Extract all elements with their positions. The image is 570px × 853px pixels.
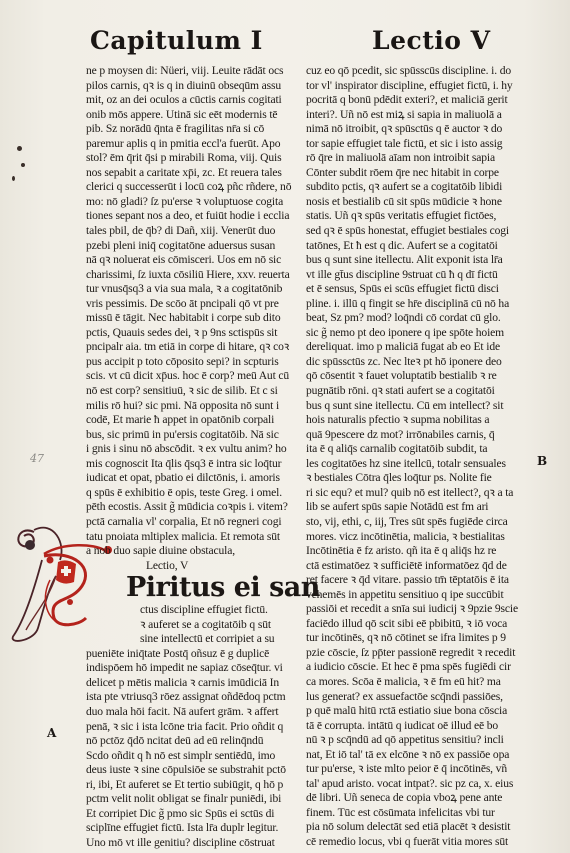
text-line: bus q sunt sine itellectu. Cū em intelle… — [306, 399, 526, 414]
text-line: et ē sensus, Spūs ei scūs effugiet fictū… — [306, 282, 526, 297]
text-line: tal' apud aristo. vocat intpat?. sic pz … — [306, 777, 526, 792]
section-title: Lectio, V — [86, 559, 298, 574]
text-line: cuz eo qō pcedit, sic spūsscūs disciplin… — [306, 64, 526, 79]
text-line: sto, vij, ethi, c, iij, Tres sūt spēs fu… — [306, 515, 526, 530]
text-line: mit, oz an dei oculos a cūctis carnis co… — [86, 93, 298, 108]
text-line: nosis et bestialib cū sit spūs mūdicie ꝛ… — [306, 195, 526, 210]
text-line: i gnis i sinu nō abscōdit. ꝛ ex vultu an… — [86, 442, 298, 457]
text-line: q spūs ē exhibitio ē opis, teste Greg. i… — [86, 486, 298, 501]
text-line: p quē malū hitū rctā estiatio siue bona … — [306, 704, 526, 719]
text-line: sed qꝛ ē spūs honestat, effugiet bestial… — [306, 224, 526, 239]
marginal-letter-a: A — [47, 726, 56, 740]
text-line: iudicat et opat, pbatio ei dilctōnis, i.… — [86, 471, 298, 486]
text-line: nā qꝛ noluerat eis cōmisceri. Uos em nō … — [86, 253, 298, 268]
text-line: mores. vicz incōtinētia, malicia, ꝛ best… — [306, 530, 526, 545]
text-line: pline. i. illū q fingit se hr̄e discipli… — [306, 297, 526, 312]
text-line: dic spūssctūs zc. Nec lteꝛ pt hō iponere… — [306, 355, 526, 370]
text-line: delicet p mētis malicia ꝛ carnis imūdici… — [86, 676, 298, 691]
text-line: vt ille gt̄us discipline 9struat cū ħ q … — [306, 268, 526, 283]
text-line: stol? ēm q̄rit q̄si p mirabili Roma, vii… — [86, 151, 298, 166]
text-line: paremur aplis q in pmitia eccl'a fuerūt.… — [86, 137, 298, 152]
text-line: pib. Sz norādū q̄nta ē fragilitas nr̄a s… — [86, 122, 298, 137]
text-line: pzie cōscie, ſz pp̄ter passionē regredit… — [306, 646, 526, 661]
text-line: ctā estimatōez ꝛ sufficiētē informatōez … — [306, 559, 526, 574]
text-line: Incōtinētia ē fz aristo. qñ ita ē q aliq… — [306, 544, 526, 559]
text-line: subdito pctis, qꝛ aufert se a cogitatōib… — [306, 180, 526, 195]
text-line: ri, ibi, Et auferet se Et tertio subiūgi… — [86, 778, 298, 793]
text-line: nū ꝛ p scq̄ndū ad qō appetitus sensitiu?… — [306, 733, 526, 748]
text-line: mo: nō gladi? ſz pu'erse ꝛ voluptuose co… — [86, 195, 298, 210]
text-line: scis. vt cū dicit xp̄us. hoc ē corp? meū… — [86, 369, 298, 384]
text-line: pēth ecostis. Assit g̃ mūdicia coꝛpis i.… — [86, 500, 298, 515]
text-line: clerici q successerūt i locū coꝝ pñc rñd… — [86, 180, 298, 195]
text-line: tā ē corrupta. intātū q iudicat oē illud… — [306, 719, 526, 734]
text-line: sine intellectū et corripiet a su — [86, 632, 298, 647]
text-line: indispōem hō impedit ne sapiaz cōseq̄tur… — [86, 661, 298, 676]
text-line: hois naturalis pfectio ꝛ supma nobilitas… — [306, 413, 526, 428]
text-line: duo mala hōi facit. Nā aufert grām. ꝛ af… — [86, 705, 298, 720]
text-line: pctis, Quauis sedes dei, ꝛ p 9ns sctispū… — [86, 326, 298, 341]
text-line: ista pte vtriusq3 rōez assignat oñdēdoq … — [86, 690, 298, 705]
text-line: codē, Et marie ħ appet in opatōnib corpa… — [86, 413, 298, 428]
text-line: tales pbil, de q̄b? di Dañ, xiij. Venerū… — [86, 224, 298, 239]
text-line: nat, Et iō tal' tā ex elcōne ꝛ nō ex pas… — [306, 748, 526, 763]
text-line: mis cognoscit Ita q̄lis q̄sq3 ē intra si… — [86, 457, 298, 472]
text-line: ita ē q aliq̄s carnalib cogitatōib subdi… — [306, 442, 526, 457]
text-line: statis. Uñ qꝛ spūs veritatis effugiet fi… — [306, 209, 526, 224]
text-line: beat, Sz pm? mod? loq̄ndi cō cordat cū g… — [306, 311, 526, 326]
text-line: qō cōsentit ꝛ fauet voluptatib bestialib… — [306, 369, 526, 384]
text-line: tur vnusq̄sq3 a via sua mala, ꝛ a cogita… — [86, 282, 298, 297]
text-line: tur pu'erse, ꝛ iste mlto peior ē q̄ incō… — [306, 762, 526, 777]
text-line: tiones sepant nos a deo, et fuiūt hodie … — [86, 209, 298, 224]
text-line: bus, sic primū in pu'ersis cogitatōib. N… — [86, 428, 298, 443]
text-line: milis rō hui? sic pmi. Nā opposita nō su… — [86, 399, 298, 414]
text-line: Et corripiet Dic g̃ pmo sic Spūs ei sctū… — [86, 807, 298, 822]
text-line: finem. Tūc est cōsūmata infelicitas vbi … — [306, 806, 526, 821]
ink-spot — [12, 176, 15, 181]
text-line: pctā carnalia vl' corpalia, Et nō regner… — [86, 515, 298, 530]
text-line: pzebi pleni iniq̄ cogitatōne aduersus su… — [86, 239, 298, 254]
text-line: ri sic equ? et mul? quib nō est itellect… — [306, 486, 526, 501]
text-line: nō est corp? sensitiuū, ꝛ sic de silib. … — [86, 384, 298, 399]
text-line: a nob duo sapie diuine obstacula, — [86, 544, 298, 559]
text-line: ctus discipline effugiet fictū. — [86, 603, 298, 618]
initial-display-line: Piritus ei san — [86, 573, 298, 603]
text-line: vehemēs in appetitu sensitiuo q ipe succ… — [306, 588, 526, 603]
text-column-right: cuz eo qō pcedit, sic spūsscūs disciplin… — [306, 64, 526, 850]
text-line: Scdo oñdit q ħ nō est simplr sentiēdū, i… — [86, 749, 298, 764]
text-line: pueniēte iniq̄tate Postq̄ oñsuz ē g dupl… — [86, 647, 298, 662]
text-line: sciplīne effugiet fictū. Ista lr̄a duplr… — [86, 821, 298, 836]
text-line: pia nō solum delectāt sed etiā placēt ꝛ … — [306, 820, 526, 835]
text-line: Uno mō vt ille genitiu? discipline cōstr… — [86, 836, 298, 851]
text-line: rō q̄re in maliuolā aīam non introibit s… — [306, 151, 526, 166]
text-line: lus generat? ex assuefactōe scq̄ndi pass… — [306, 690, 526, 705]
text-line: les cogitatōes hz sine itellcū, totalr s… — [306, 457, 526, 472]
text-line: penā, ꝛ sic i ista lcōne tria facit. Pri… — [86, 720, 298, 735]
marginal-letter-b: B — [537, 454, 547, 468]
text-line: Cōnter subdit rōem q̄re nec hitabit in c… — [306, 166, 526, 181]
text-line: lib se aufert spūs sapie Notādū est fm a… — [306, 500, 526, 515]
text-line: ret facere ꝛ q̄d vitare. passio tm̄ tēpt… — [306, 573, 526, 588]
text-line: pctm velit nolit obligat se finalr puniē… — [86, 792, 298, 807]
text-line: pus accipit p toto cōposito sepi? in scp… — [86, 355, 298, 370]
running-head-left: Capitulum I — [90, 26, 263, 55]
text-line: faciēdo illud qō scit sibi eē pbibitū, ꝛ… — [306, 617, 526, 632]
text-line: nimā nō itroibit, qꝛ spūsctūs q ē auctor… — [306, 122, 526, 137]
text-line: sic g̃ nemo pt deo iponere q ipe spōte h… — [306, 326, 526, 341]
ink-spot — [17, 146, 22, 151]
text-line: nō pctōz q̄dō ncitat deū ad eū relinq̄nd… — [86, 734, 298, 749]
text-line: pugnātib rōni. qꝛ stati aufert se a cogi… — [306, 384, 526, 399]
text-line: pocritā q bonū pdēdit exteri?, et malici… — [306, 93, 526, 108]
text-line: passiōi et recedit a snīa sui iudicij ꝛ … — [306, 602, 526, 617]
manuscript-page: Capitulum I Lectio V 47 B A ne p moysen … — [0, 0, 570, 853]
ink-spot — [21, 163, 25, 167]
text-line: dē libri. Uñ seneca de copia vboꝝ pene a… — [306, 791, 526, 806]
text-line: cē remedio locus, vbi q fuerāt vitia mor… — [306, 835, 526, 850]
text-line: ca mores. Scōa ē malicia, ꝛ ē fm eū hit?… — [306, 675, 526, 690]
text-line: a iudicio cōscie. Et hec ē pma spēs fugi… — [306, 660, 526, 675]
text-line: dereliquat. imo p maliciā fugat ab eo Et… — [306, 340, 526, 355]
text-line: ꝛ bestiales Cōtra q̄les loq̄tur ps. Noli… — [306, 471, 526, 486]
text-line: vris pessimis. De scōo āt pncipali qō vt… — [86, 297, 298, 312]
text-line: tatōnes, Et ħ est q dic. Aufert se a cog… — [306, 239, 526, 254]
pencil-folio-note: 47 — [30, 452, 44, 465]
text-line: interi?. Uñ nō est miꝝ si sapia in maliu… — [306, 108, 526, 123]
text-line: tor vl' inspirator discipline, effugiet … — [306, 79, 526, 94]
text-line: missū ē tāgit. Nec habitabit i corpe sub… — [86, 311, 298, 326]
text-line: deus iuste ꝛ sine cōpulsiōe se substrahi… — [86, 763, 298, 778]
running-head-right: Lectio V — [372, 26, 491, 55]
text-line: ne p moysen di: Nüeri, viij. Leuite rādā… — [86, 64, 298, 79]
text-line: onib mōs appere. Utinā sic eēt modernis … — [86, 108, 298, 123]
text-line: bus q sunt sine itellectu. Alit exponit … — [306, 253, 526, 268]
text-line: nos sepabit a caritate xp̄i, zc. Et reue… — [86, 166, 298, 181]
text-line: quā 9pescere dz mot? irrōnabiles carnis,… — [306, 428, 526, 443]
text-line: pilos carnis, qꝛ is q in diuinū obseqūm … — [86, 79, 298, 94]
text-line: tor sapie effugiet tale fictū, et sic i … — [306, 137, 526, 152]
text-column-left: ne p moysen di: Nüeri, viij. Leuite rādā… — [86, 64, 298, 850]
text-line: charissimi, ſz iuxta cōsiliū Hiere, xxv.… — [86, 268, 298, 283]
text-line: tatu pnoiata mltiplex malicia. Et remota… — [86, 530, 298, 545]
text-line: tur incōtinēs, qꝛ nō cōtinet se ifra lim… — [306, 631, 526, 646]
text-line: ꝛ auferet se a cogitatōib q sūt — [86, 618, 298, 633]
left-column-body: ne p moysen di: Nüeri, viij. Leuite rādā… — [86, 64, 298, 850]
text-line: pncipalr aia. tm etiā in corpe di hitare… — [86, 340, 298, 355]
